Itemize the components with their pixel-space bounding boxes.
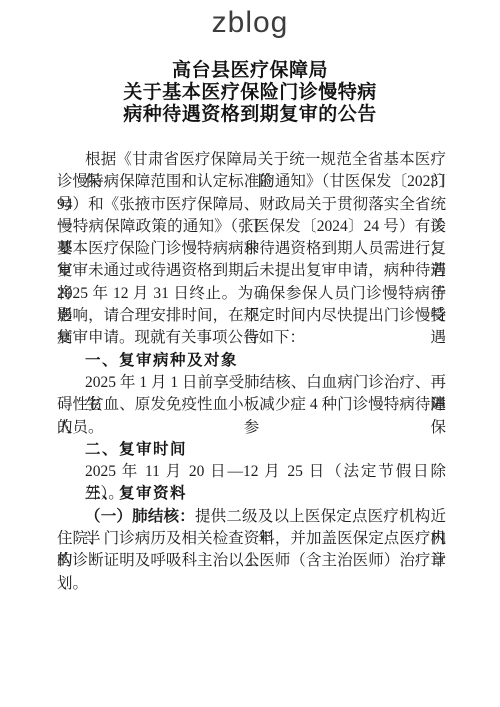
document-line: 影响，请合理安排时间，在规定时间内尽快提出门诊慢特病待遇 xyxy=(57,305,446,327)
document-title-line: 高台县医疗保障局 xyxy=(0,60,500,82)
document-title-line: 关于基本医疗保险门诊慢特病 xyxy=(0,82,500,104)
document-line: 基本医疗保险门诊慢特病病种待遇资格到期人员需进行复审。若 xyxy=(57,238,446,260)
document-line: （一）肺结核：提供二级及以上医保定点医疗机构近半年内 xyxy=(57,506,446,528)
site-header: zblog xyxy=(0,4,500,42)
site-logo[interactable]: zblog xyxy=(212,4,289,42)
document-line: 2025 年 11 月 20 日—12 月 25 日（法定节假日除外）。 xyxy=(57,461,446,483)
document-title: 高台县医疗保障局关于基本医疗保险门诊慢特病病种待遇资格到期复审的公告 xyxy=(0,60,500,126)
announcement-document: 高台县医疗保障局关于基本医疗保险门诊慢特病病种待遇资格到期复审的公告 根据《甘肃… xyxy=(0,60,500,573)
document-body: 根据《甘肃省医疗保障局关于统一规范全省基本医疗保险门诊慢特病保障范围和认定标准的… xyxy=(57,149,446,573)
document-line: 住院、门诊病历及相关检查资料，并加盖医保定点医疗机构公章 xyxy=(57,528,446,550)
document-line: 2025 年 12 月 31 日终止。为确保参保人员门诊慢特病待遇不受 xyxy=(57,283,446,305)
document-line: 诊慢特病保障范围和认定标准的通知》（甘医保发〔2023〕94 xyxy=(57,171,446,193)
document-line-lead: （一）肺结核： xyxy=(85,508,195,525)
document-line: 复审未通过或待遇资格到期后未提出复审申请，病种待遇将于 xyxy=(57,260,446,282)
document-line: 号）和《张掖市医疗保障局、财政局关于贯彻落实全省统一门诊 xyxy=(57,194,446,216)
document-title-line: 病种待遇资格到期复审的公告 xyxy=(0,104,500,126)
document-line: 2025 年 1 月 1 日前享受肺结核、白血病门诊治疗、再生障 xyxy=(57,372,446,394)
document-line: 碍性贫血、原发免疫性血小板减少症 4 种门诊慢特病待遇的参保 xyxy=(57,394,446,416)
document-heading-line: 一、复审病种及对象 xyxy=(57,350,446,372)
document-heading-line: 三、复审资料 xyxy=(57,483,446,505)
document-line: 的诊断证明及呼吸科主治以上医师（含主治医师）治疗计划。 xyxy=(57,550,446,572)
document-line: 根据《甘肃省医疗保障局关于统一规范全省基本医疗保险门 xyxy=(57,149,446,171)
document-line: 慢特病保障政策的通知》（张医保发〔2024〕24 号）有关要求， xyxy=(57,216,446,238)
document-heading-line: 二、复审时间 xyxy=(57,439,446,461)
